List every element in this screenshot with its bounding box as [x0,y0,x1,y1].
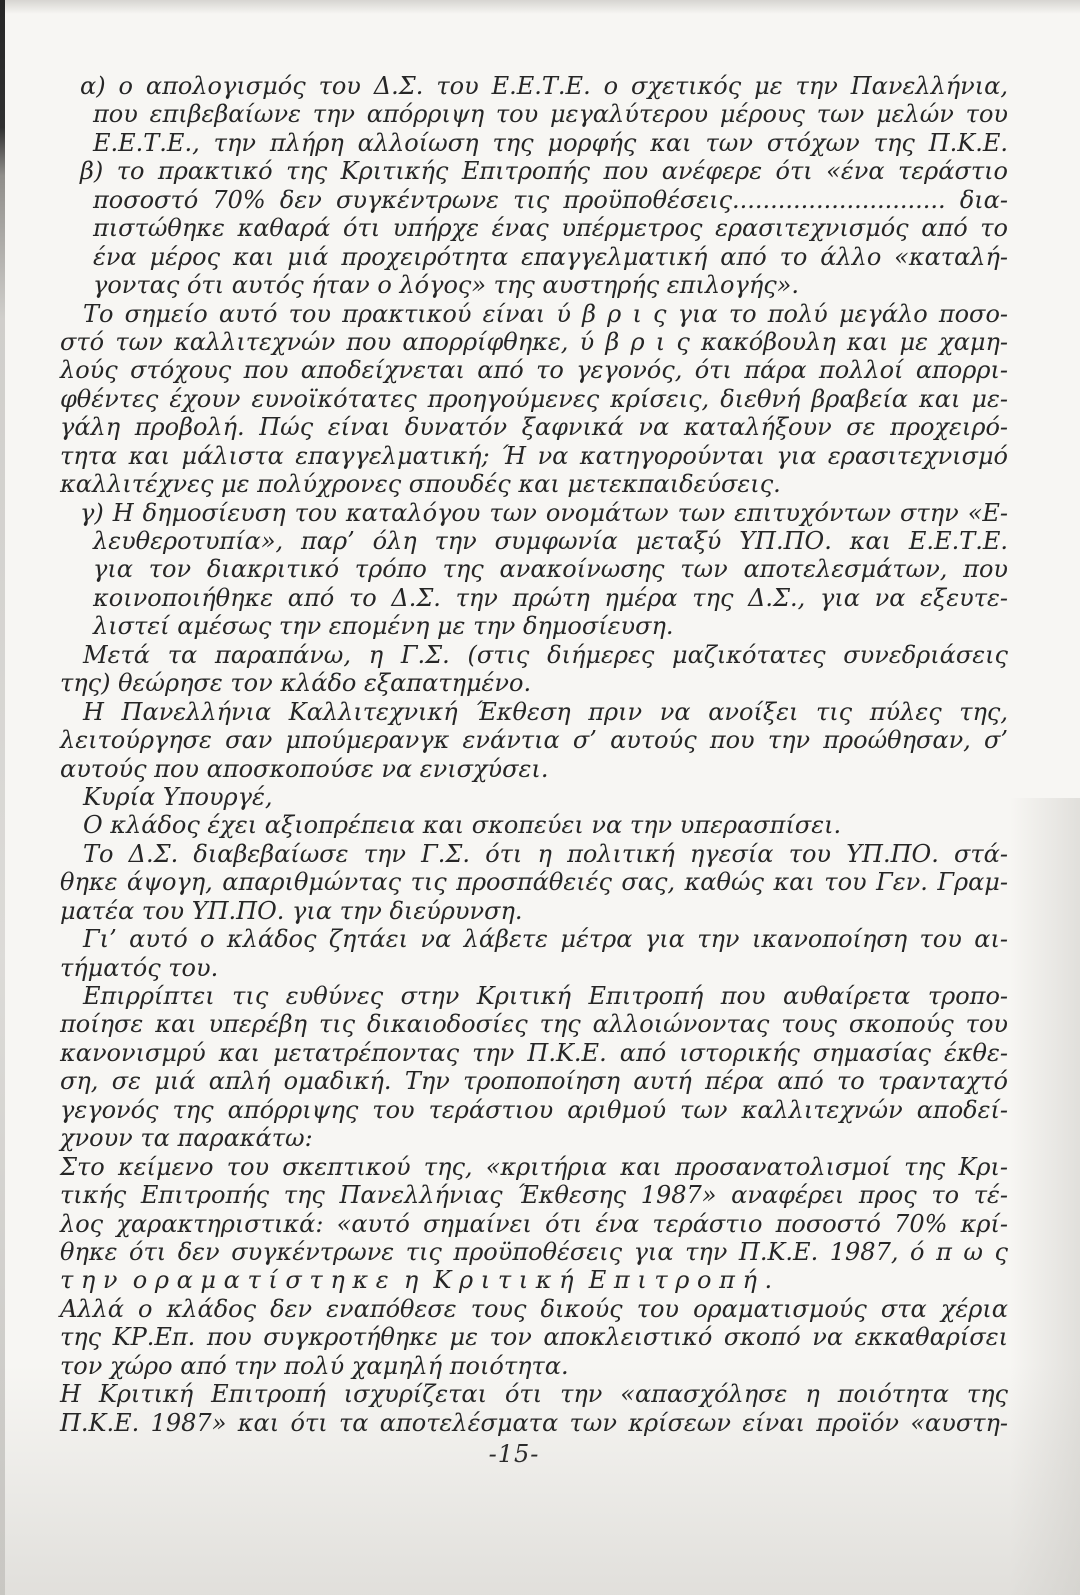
text-line: κανονισμρύ και μετατρέποντας την Π.Κ.Ε. … [60,1039,1008,1067]
page-number: -15- [0,1440,1028,1468]
scan-edge-left [0,0,5,1595]
text-line: λος χαρακτηριστικά: «αυτό σημαίνει ότι έ… [60,1210,1008,1238]
text-line: λειτούργησε σαν μπούμερανγκ ενάντια σ’ α… [60,726,1008,754]
text-line: Κυρία Υπουργέ, [60,783,1008,811]
text-line: τικής Επιτροπής της Πανελλήνιας Έκθεσης … [60,1181,1008,1209]
text-line: Ο κλάδος έχει αξιοπρέπεια και σκοπεύει ν… [60,811,1008,839]
text-line: πιστώθηκε καθαρά ότι υπήρχε ένας υπέρμετ… [60,214,1008,242]
text-line: Το σημείο αυτό του πρακτικού είναι ύ β ρ… [60,300,1008,328]
text-line: Ε.Ε.Τ.Ε., την πλήρη αλλοίωση της μορφής … [60,129,1008,157]
text-line: Το Δ.Σ. διαβεβαίωσε την Γ.Σ. ότι η πολιτ… [60,840,1008,868]
text-line: Η Πανελλήνια Καλλιτεχνική Έκθεση πριν να… [60,698,1008,726]
text-line: κοινοποιήθηκε από το Δ.Σ. την πρώτη ημέρ… [60,584,1008,612]
text-line: καλλιτέχνες με πολύχρονες σπουδές και με… [60,470,1008,498]
text-line: τητα και μάλιστα επαγγελματική; Ή να κατ… [60,442,1008,470]
text-line: Επιρρίπτει τις ευθύνες στην Κριτική Επιτ… [60,982,1008,1010]
text-line: στό των καλλιτεχνών που απορρίφθηκε, ύ β… [60,328,1008,356]
text-line: Μετά τα παραπάνω, η Γ.Σ. (στις διήμερες … [60,641,1008,669]
text-line: γάλη προβολή. Πώς είναι δυνατόν ξαφνικά … [60,413,1008,441]
text-line: της) θεώρησε τον κλάδο εξαπατημένο. [60,669,1008,697]
scan-edge-top [0,0,1080,14]
text-line: ση, σε μιά απλή ομαδική. Την τροποποίηση… [60,1067,1008,1095]
text-line: λούς στόχους που αποδείχνεται από το γεγ… [60,356,1008,384]
text-line: γ) Η δημοσίευση του καταλόγου των ονομάτ… [60,499,1008,527]
text-line: αυτούς που αποσκοπούσε να ενισχύσει. [60,755,1008,783]
text-line: ένα μέρος και μιά προχειρότητα επαγγελμα… [60,243,1008,271]
text-line: θηκε άψογη, απαριθμώντας τις προσπάθειές… [60,868,1008,896]
text-line: Η Κριτική Επιτροπή ισχυρίζεται ότι την «… [60,1380,1008,1408]
text-line: λιστεί αμέσως την επομένη με την δημοσίε… [60,612,1008,640]
text-line: β) το πρακτικό της Κριτικής Επιτροπής πο… [60,157,1008,185]
text-line: Γι’ αυτό ο κλάδος ζητάει να λάβετε μέτρα… [60,925,1008,953]
document-text: α) ο απολογισμός του Δ.Σ. του Ε.Ε.Τ.Ε. ο… [60,72,1008,1437]
text-line: χνουν τα παρακάτω: [60,1124,1008,1152]
text-line: θηκε ότι δεν συγκέντρωνε τις προϋποθέσει… [60,1238,1008,1266]
text-line: γεγονός της απόρριψης του τεράστιου αριθ… [60,1096,1008,1124]
text-line: Στο κείμενο του σκεπτικού της, «κριτήρια… [60,1153,1008,1181]
text-line: για τον διακριτικό τρόπο της ανακοίνωσης… [60,555,1008,583]
text-line: φθέντες έχουν ευνοϊκότατες προηγούμενες … [60,385,1008,413]
text-line: τήματός του. [60,954,1008,982]
text-line: Αλλά ο κλάδος δεν εναπόθεσε τους δικούς … [60,1295,1008,1323]
scanned-document-page: { "page": { "number": "-15-", "paper_col… [0,0,1080,1595]
text-line: ποσοστό 70% δεν συγκέντρωνε τις προϋποθέ… [60,186,1008,214]
text-line: Π.Κ.Ε. 1987» και ότι τα αποτελέσματα των… [60,1409,1008,1437]
text-line: λευθεροτυπία», παρ’ όλη την συμφωνία μετ… [60,527,1008,555]
text-line: ποίησε και υπερέβη τις δικαιοδοσίες της … [60,1010,1008,1038]
text-line: τον χώρο από την πολύ χαμηλή ποιότητα. [60,1352,1008,1380]
text-line: της ΚΡ.Επ. που συγκροτήθηκε με τον αποκλ… [60,1323,1008,1351]
text-line: γοντας ότι αυτός ήταν ο λόγος» της αυστη… [60,271,1008,299]
text-line: τ η ν ο ρ α μ α τ ί σ τ η κ ε η Κ ρ ι τ … [60,1266,1008,1294]
text-line: που επιβεβαίωνε την απόρριψη του μεγαλύτ… [60,100,1008,128]
text-line: α) ο απολογισμός του Δ.Σ. του Ε.Ε.Τ.Ε. ο… [60,72,1008,100]
text-line: ματέα του ΥΠ.ΠΟ. για την διεύρυνση. [60,897,1008,925]
